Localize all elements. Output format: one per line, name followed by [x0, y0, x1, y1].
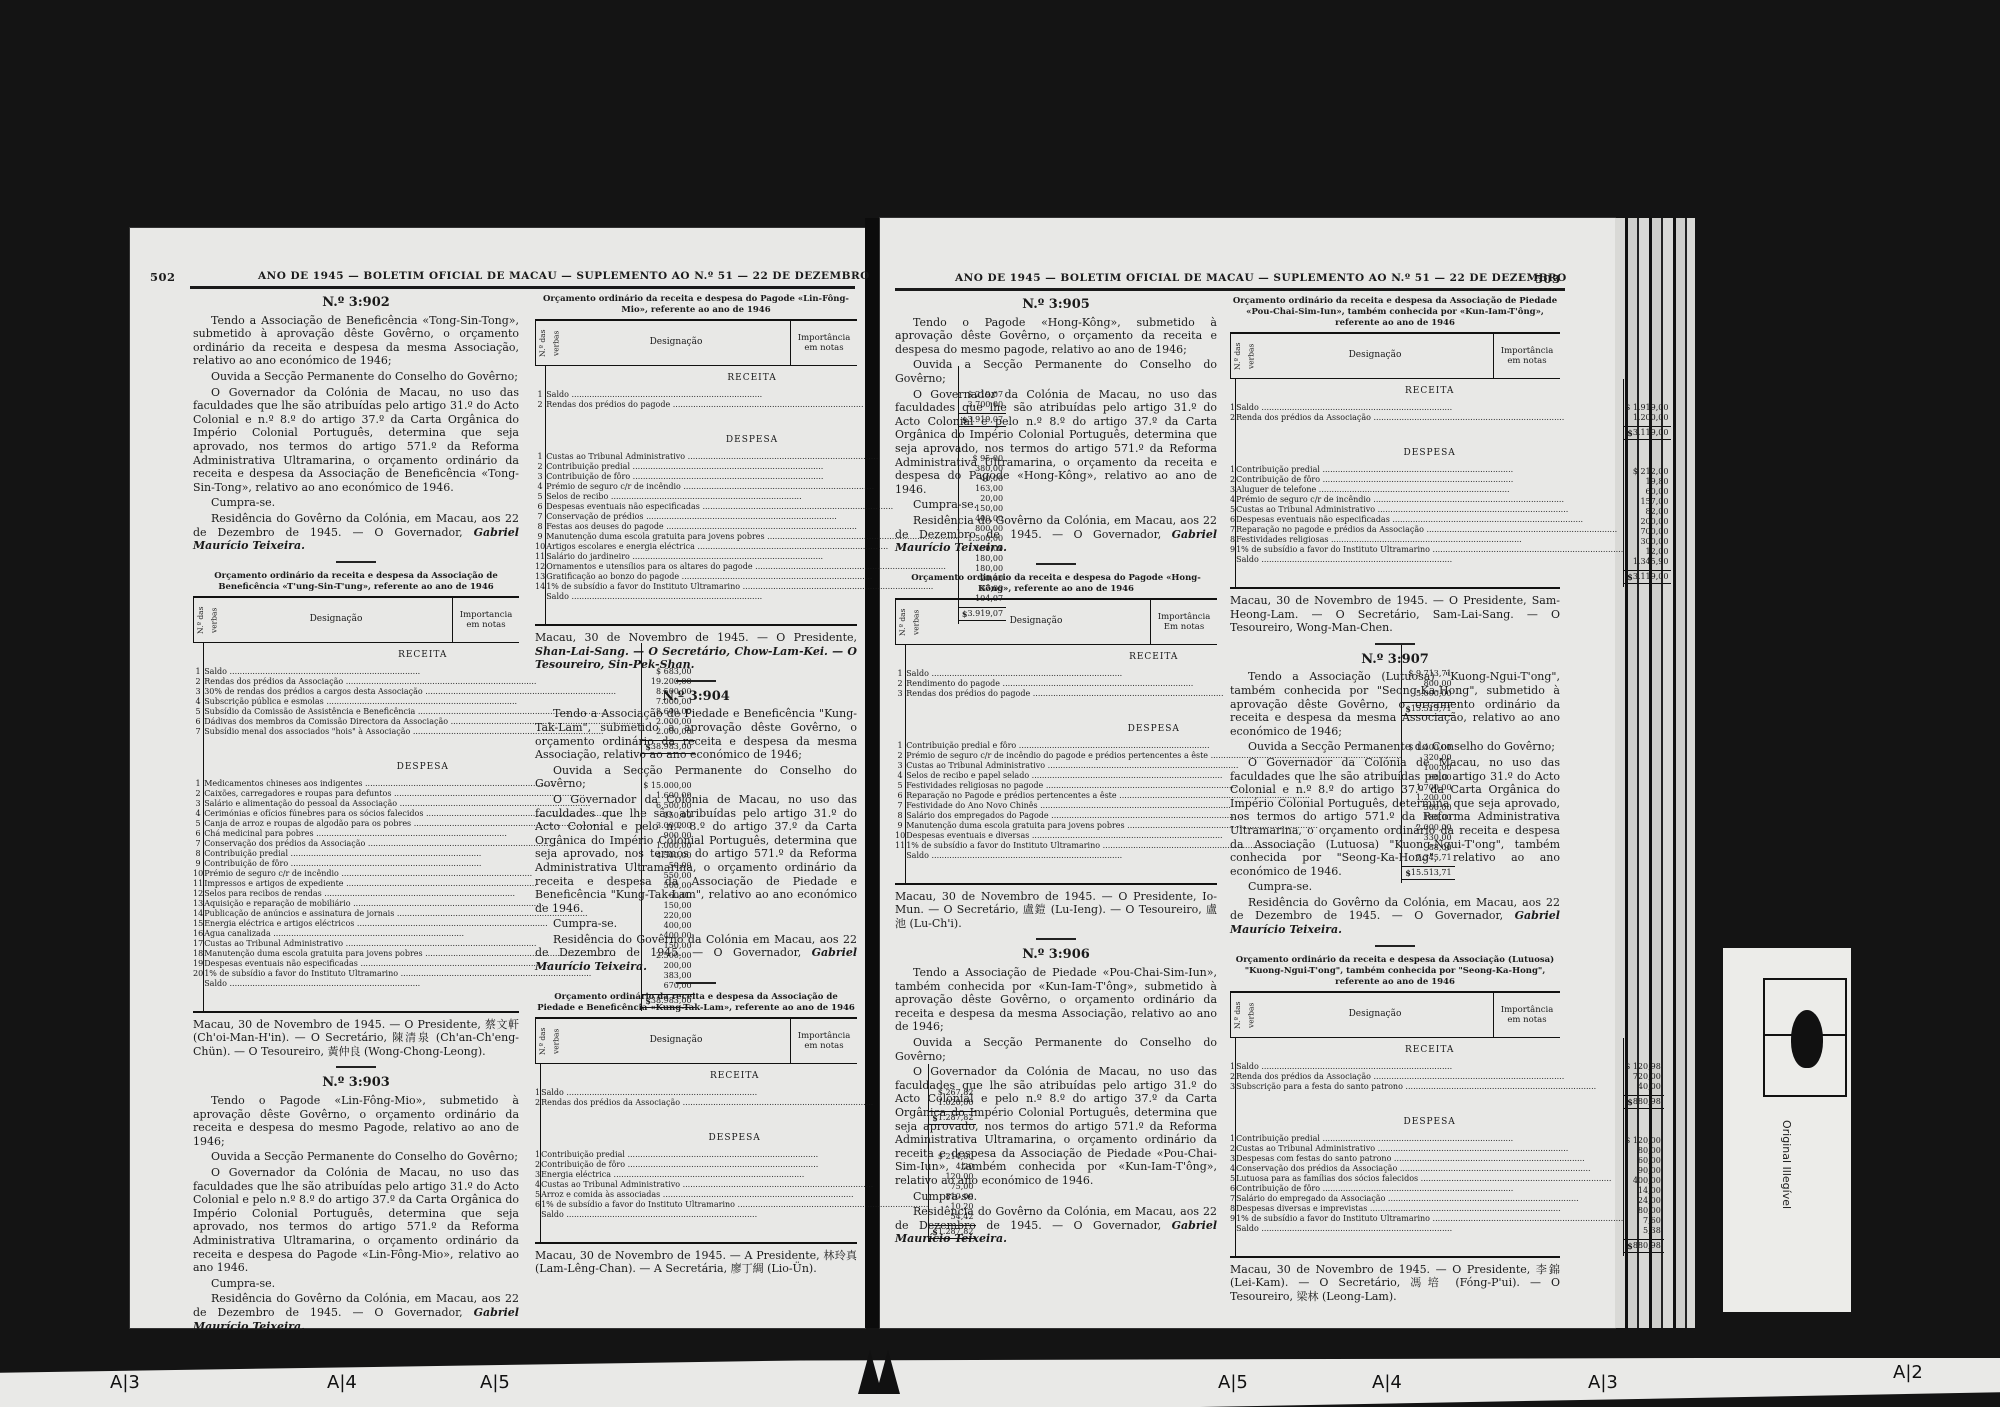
table-footer: Macau, 30 de Novembro de 1945. — O Presi… — [895, 890, 1217, 931]
row-number: 8 — [193, 849, 203, 859]
row-amount: 19,80 — [1624, 477, 1671, 487]
row-designation: Contribuição predial — [1236, 465, 1623, 475]
decree-paragraph: Tendo a Associação de Beneficência «Tong… — [193, 314, 519, 368]
row-number: 2 — [895, 751, 905, 761]
row-amount: 720,00 — [1624, 1072, 1664, 1082]
row-number — [895, 851, 905, 861]
column-header-number: N.º das verbas — [193, 598, 220, 642]
decree-paragraph: Ouvida a Secção Permanente do Conselho d… — [193, 370, 519, 384]
decree-paragraph: Ouvida a Secção Permanente do Conselho d… — [1230, 740, 1560, 754]
row-designation: Lutuosa para as famílias dos sócios fale… — [1236, 1174, 1623, 1184]
right-column-1: N.º 3:905 Tendo o Pagode «Hong-Kông», su… — [895, 294, 1217, 1246]
table-title: Orçamento ordinário da receita e despesa… — [535, 992, 857, 1014]
column-header-number: N.º das verbas — [535, 1019, 562, 1063]
row-designation: Contribuição predial — [1236, 1134, 1623, 1144]
table-footer: Macau, 30 de Novembro de 1945. — O Presi… — [1230, 1263, 1560, 1304]
row-number: 7 — [1230, 525, 1235, 535]
column-header-designation: Designação — [562, 321, 791, 365]
row-number: 12 — [535, 562, 545, 572]
row-designation: Custas ao Tribunal Administrativo — [541, 1180, 928, 1190]
spacer — [535, 428, 545, 452]
row-number: 2 — [535, 1160, 540, 1170]
row-number: 9 — [1230, 545, 1235, 555]
right-page-header: ANO DE 1945 — BOLETIM OFICIAL DE MACAU —… — [955, 272, 1567, 284]
row-number: 7 — [193, 839, 203, 849]
table-body: 12345671234567891011121314151617181920RE… — [193, 643, 519, 1011]
section-label: RECEITA — [541, 1064, 928, 1088]
decree-signature: Residência do Govêrno da Colónia, em Mac… — [895, 514, 1217, 555]
budget-table: N.º das verbasDesignaçãoImportância em n… — [1230, 332, 1560, 589]
section-total: $880,98 — [1624, 1239, 1664, 1253]
spacer — [1230, 1234, 1235, 1252]
row-number: 1 — [895, 741, 905, 751]
row-amount: 82,00 — [1624, 507, 1671, 517]
decree-number: N.º 3:905 — [895, 298, 1217, 312]
table-header: N.º das verbasDesignaçãoImportância em n… — [535, 321, 857, 366]
row-number: 5 — [535, 492, 545, 502]
row-number: 6 — [193, 829, 203, 839]
row-number — [535, 592, 545, 602]
separator — [676, 982, 716, 984]
decree-paragraph: O Governador da Colónia de Macau, no uso… — [193, 386, 519, 495]
row-designation: Contribuição de fôro — [1236, 475, 1623, 485]
number-column: 1231234567891011 — [895, 645, 906, 883]
decree-paragraph: Ouvida a Secção Permanente do Conselho d… — [535, 764, 857, 791]
column-header-designation: Designação — [1257, 993, 1494, 1037]
row-designation: Saldo — [541, 1088, 928, 1098]
left-column-1: N.º 3:902 Tendo a Associação de Beneficê… — [193, 292, 519, 1333]
row-number: 2 — [1230, 1072, 1235, 1082]
row-number: 10 — [895, 831, 905, 841]
separator — [336, 1066, 376, 1068]
row-number: 1 — [1230, 465, 1235, 475]
spacer — [895, 861, 905, 879]
decree-paragraph: Tendo a Associação de Piedade «Pou-Chai-… — [895, 966, 1217, 1034]
spacer — [193, 737, 203, 755]
decree-paragraph: Cumpra-se. — [535, 917, 857, 931]
spacer — [535, 1064, 540, 1088]
spacer — [1230, 441, 1235, 465]
row-number: 20 — [193, 969, 203, 979]
row-number: 7 — [193, 727, 203, 737]
column-header-amount: Importância em notas — [1494, 993, 1560, 1037]
row-designation: Subscrição para a festa do santo patrono — [1236, 1082, 1623, 1092]
spacer — [535, 1126, 540, 1150]
column-header-amount: Importância em notas — [791, 321, 857, 365]
row-number: 3 — [535, 472, 545, 482]
number-column: 12345671234567891011121314151617181920 — [193, 643, 204, 1011]
row-number: 3 — [1230, 485, 1235, 495]
table-body: 12123456RECEITASaldoRendas dos prédios d… — [535, 1064, 857, 1242]
table-title: Orçamento ordinário da receita e despesa… — [1230, 296, 1560, 329]
row-designation: Contribuição predial — [541, 1150, 928, 1160]
row-number: 17 — [193, 939, 203, 949]
row-number: 1 — [1230, 403, 1235, 413]
section-label: DESPESA — [541, 1126, 928, 1150]
film-mark: A|5 — [480, 1372, 510, 1393]
designation-column: RECEITASaldoRenda dos prédios da Associa… — [1236, 1038, 1624, 1256]
row-number: 14 — [535, 582, 545, 592]
row-number: 5 — [535, 1190, 540, 1200]
row-number: 3 — [895, 761, 905, 771]
row-number: 8 — [895, 811, 905, 821]
film-mark: A|3 — [110, 1372, 140, 1393]
torn-page-icon — [1763, 978, 1847, 1097]
row-designation: 1% de subsídio a favor do Instituto Ultr… — [541, 1200, 928, 1210]
row-number: 13 — [193, 899, 203, 909]
decree-paragraph: Cumpra-se. — [1230, 880, 1560, 894]
row-number: 18 — [193, 949, 203, 959]
spacer — [1624, 1112, 1664, 1136]
spacer — [1624, 379, 1671, 403]
table-body: 12123456789RECEITASaldoRenda dos prédios… — [1230, 379, 1560, 587]
decree-paragraph: Ouvida a Secção Permanente do Conselho d… — [193, 1150, 519, 1164]
spacer — [535, 1108, 540, 1126]
row-number: 2 — [193, 789, 203, 799]
row-designation: Energia eléctrica — [541, 1170, 928, 1180]
spacer — [541, 1220, 928, 1238]
table-footer: Macau, 30 de Novembro de 1945. — O Presi… — [1230, 594, 1560, 635]
decree-paragraph: O Governador da Colónia de Macau, no uso… — [535, 793, 857, 915]
decree-signature: Residência do Govêrno da Colónia em Maca… — [535, 933, 857, 974]
row-designation: Custas ao Tribunal Administrativo — [1236, 505, 1623, 515]
row-designation: Reparação no pagode e prédios da Associa… — [1236, 525, 1623, 535]
row-number: 3 — [535, 1170, 540, 1180]
separator — [1036, 938, 1076, 940]
designation-column: RECEITASaldoRenda dos prédios da Associa… — [1236, 379, 1624, 587]
row-designation: 1% de subsídio a favor do Instituto Ultr… — [1236, 545, 1623, 555]
decree-paragraph: O Governador da Colónia de Macau, no uso… — [895, 1065, 1217, 1187]
row-amount: 80,00 — [1624, 1146, 1664, 1156]
left-page-number: 502 — [150, 270, 176, 284]
spacer — [1236, 423, 1623, 441]
row-number: 8 — [1230, 1204, 1235, 1214]
row-number: 6 — [895, 791, 905, 801]
row-number: 4 — [895, 771, 905, 781]
table-header: N.º das verbasDesignaçãoImportância Em n… — [895, 600, 1217, 645]
row-number: 8 — [1230, 535, 1235, 545]
row-number: 3 — [193, 687, 203, 697]
column-header-amount: Importancia em notas — [453, 598, 519, 642]
row-designation: Conservação dos prédios da Associação — [1236, 1164, 1623, 1174]
row-number: 6 — [535, 502, 545, 512]
table-title: Orçamento ordinário da receita e despesa… — [535, 294, 857, 316]
table-body: 1231234567891011RECEITASaldoRendimento d… — [895, 645, 1217, 883]
section-label: DESPESA — [1236, 1110, 1623, 1134]
column-header-number: N.º das verbas — [1230, 993, 1257, 1037]
spacer — [1230, 423, 1235, 441]
row-number: 11 — [193, 879, 203, 889]
decree-paragraph: Tendo a Associação de Piedade e Beneficê… — [535, 707, 857, 761]
row-number: 1 — [535, 452, 545, 462]
row-number: 4 — [193, 697, 203, 707]
film-mark: A|3 — [1588, 1372, 1618, 1393]
amount-column: $ 120,98720,0040,00$880,98$ 120,0080,006… — [1624, 1038, 1664, 1256]
spacer — [1624, 443, 1671, 467]
decree-number: N.º 3:906 — [895, 948, 1217, 962]
row-designation: Renda dos prédios da Associação — [1236, 1072, 1623, 1082]
decree-signature: Residência do Govêrno da Colónia, em Mac… — [193, 1292, 519, 1333]
left-column-2: Orçamento ordinário da receita e despesa… — [535, 290, 857, 1281]
spacer — [1236, 1234, 1623, 1252]
row-designation: Despesas com festas do santo patrono — [1236, 1154, 1623, 1164]
section-total: $3.119,00 — [1624, 426, 1671, 440]
section-total: $880,98 — [1624, 1095, 1664, 1109]
row-number: 15 — [193, 919, 203, 929]
row-number: 13 — [535, 572, 545, 582]
spacer — [895, 645, 905, 669]
film-mark: A|2 — [1893, 1362, 1923, 1383]
row-amount: 300,00 — [1624, 537, 1671, 547]
film-notch — [876, 1350, 900, 1394]
spacer — [541, 1108, 928, 1126]
row-designation: Saldo — [1236, 555, 1623, 565]
decree-paragraph: Ouvida a Secção Permanente do Conselho d… — [895, 358, 1217, 385]
row-amount: 24,00 — [1624, 1196, 1664, 1206]
decree-signature: Residência do Govêrno da Colónia, em Mac… — [1230, 896, 1560, 937]
row-number: 8 — [535, 522, 545, 532]
separator — [1036, 563, 1076, 565]
amount-column: $ 1.919,001.200,00$3.119,00$ 212,0019,80… — [1624, 379, 1671, 587]
row-number: 6 — [1230, 515, 1235, 525]
spacer — [535, 366, 545, 390]
column-header-amount: Importância Em notas — [1151, 600, 1217, 644]
budget-table: N.º das verbasDesignaçãoImportância Em n… — [895, 598, 1217, 885]
decree-paragraph: O Governador da Colónia de Macau, no uso… — [895, 388, 1217, 497]
header-rule — [895, 288, 1565, 291]
row-designation: Despesas eventuais não especificadas — [1236, 515, 1623, 525]
slip-label: Original Illegível — [1780, 1120, 1793, 1209]
row-designation: Saldo — [1236, 1224, 1623, 1234]
row-designation: Salário do empregado da Associação — [1236, 1194, 1623, 1204]
spacer — [1624, 1038, 1664, 1062]
row-amount: 700,00 — [1624, 527, 1671, 537]
decree-number: N.º 3:902 — [193, 296, 519, 310]
film-edge-strip — [0, 1358, 2000, 1407]
row-designation: Aluguer de telefone — [1236, 485, 1623, 495]
spacer — [1230, 1038, 1235, 1062]
separator — [1375, 945, 1415, 947]
row-number: 4 — [535, 1180, 540, 1190]
separator — [336, 561, 376, 563]
decree-paragraph: Tendo o Pagode «Lin-Fông-Mio», submetido… — [193, 1094, 519, 1148]
decree-paragraph: Cumpra-se. — [193, 1277, 519, 1291]
row-designation: Prémio de seguro c/r de incêndio — [1236, 495, 1623, 505]
row-designation: Rendas dos prédios da Associação — [541, 1098, 928, 1108]
row-number — [1230, 555, 1235, 565]
row-amount: 60,00 — [1624, 1156, 1664, 1166]
row-number: 9 — [535, 532, 545, 542]
row-number: 3 — [1230, 1082, 1235, 1092]
spacer — [193, 755, 203, 779]
table-title: Orçamento ordinário da receita e despesa… — [193, 571, 519, 593]
row-amount: 400,00 — [1624, 1176, 1664, 1186]
row-number: 2 — [535, 400, 545, 410]
row-designation: Renda dos prédios da Associação — [1236, 413, 1623, 423]
column-header-amount: Importância em notas — [1494, 334, 1560, 378]
row-number: 7 — [535, 512, 545, 522]
decree-paragraph: O Governador da Colónia de Macau, no uso… — [193, 1166, 519, 1275]
spacer — [535, 602, 545, 620]
row-designation: Festividades religiosas — [1236, 535, 1623, 545]
row-designation: Saldo — [1236, 1062, 1623, 1072]
row-number: 4 — [1230, 495, 1235, 505]
row-number: 6 — [193, 717, 203, 727]
row-number: 16 — [193, 929, 203, 939]
row-number: 4 — [1230, 1164, 1235, 1174]
row-number: 6 — [1230, 1184, 1235, 1194]
row-designation: Contribuição de fôro — [1236, 1184, 1623, 1194]
table-footer: Macau, 30 de Novembro de 1945. — A Presi… — [535, 1249, 857, 1276]
spacer — [535, 410, 545, 428]
column-header-number: N.º das verbas — [895, 600, 922, 644]
column-header-amount: Importância em notas — [791, 1019, 857, 1063]
row-amount: 200,00 — [1624, 517, 1671, 527]
row-number: 5 — [193, 819, 203, 829]
row-amount: 90,00 — [1624, 1166, 1664, 1176]
row-designation: Arroz e comida às associadas — [541, 1190, 928, 1200]
decree-paragraph: Cumpra-se. — [895, 1190, 1217, 1204]
column-header-number: N.º das verbas — [535, 321, 562, 365]
row-number: 9 — [1230, 1214, 1235, 1224]
decree-paragraph: Ouvida a Secção Permanente do Conselho d… — [895, 1036, 1217, 1063]
decree-paragraph: Tendo a Associação (Lutuosa) "Kuong-Ngui… — [1230, 670, 1560, 738]
row-number: 1 — [193, 667, 203, 677]
row-number: 1 — [535, 390, 545, 400]
row-number: 4 — [193, 809, 203, 819]
row-amount: 60,00 — [1624, 487, 1671, 497]
table-body: 121234567891011121314RECEITASaldoRendas … — [535, 366, 857, 624]
row-number: 14 — [193, 909, 203, 919]
row-amount: $ 120,00 — [1624, 1136, 1664, 1146]
row-number: 9 — [193, 859, 203, 869]
decree-number: N.º 3:907 — [1230, 653, 1560, 667]
table-title: Orçamento ordinário da receita e despesa… — [895, 573, 1217, 595]
budget-table: N.º das verbasDesignaçãoImportância em n… — [535, 319, 857, 626]
row-number: 4 — [535, 482, 545, 492]
row-number — [535, 1210, 540, 1220]
section-label: DESPESA — [1236, 441, 1623, 465]
table-body: 123123456789RECEITASaldoRenda dos prédio… — [1230, 1038, 1560, 1256]
row-number: 5 — [193, 707, 203, 717]
row-number: 3 — [895, 689, 905, 699]
decree-number: N.º 3:904 — [535, 690, 857, 704]
row-amount: 1.200,00 — [1624, 413, 1671, 423]
row-number: 1 — [193, 779, 203, 789]
row-number: 5 — [1230, 1174, 1235, 1184]
table-header: N.º das verbasDesignaçãoImportância em n… — [1230, 993, 1560, 1038]
spacer — [193, 989, 203, 1007]
right-column-2: Orçamento ordinário da receita e despesa… — [1230, 292, 1560, 1308]
row-designation: Saldo — [1236, 403, 1623, 413]
row-number: 3 — [193, 799, 203, 809]
spacer — [895, 699, 905, 717]
row-number: 11 — [895, 841, 905, 851]
table-footer: Macau, 30 de Novembro de 1945. — O Presi… — [535, 631, 857, 672]
row-number: 2 — [895, 679, 905, 689]
row-amount: $ 120,98 — [1624, 1062, 1664, 1072]
column-header-designation: Designação — [562, 1019, 791, 1063]
table-title: Orçamento ordinário da receita e despesa… — [1230, 955, 1560, 988]
row-number: 2 — [1230, 413, 1235, 423]
row-number — [193, 979, 203, 989]
row-amount: 14,00 — [1624, 1186, 1664, 1196]
section-label: RECEITA — [1236, 1038, 1623, 1062]
row-designation: Contribuição de fôro — [541, 1160, 928, 1170]
column-header-designation: Designação — [922, 600, 1151, 644]
column-header-number: N.º das verbas — [1230, 334, 1257, 378]
row-number: 10 — [535, 542, 545, 552]
designation-column: RECEITASaldoRendas dos prédios da Associ… — [541, 1064, 929, 1242]
row-amount: 7,60 — [1624, 1216, 1664, 1226]
illegible-original-slip: Original Illegível — [1723, 948, 1851, 1312]
row-amount: $ 1.919,00 — [1624, 403, 1671, 413]
spacer — [1230, 1092, 1235, 1110]
row-number — [1230, 1224, 1235, 1234]
row-number: 19 — [193, 959, 203, 969]
film-mark: A|4 — [1372, 1372, 1402, 1393]
left-page-header: ANO DE 1945 — BOLETIM OFICIAL DE MACAU —… — [258, 270, 870, 282]
row-number: 1 — [1230, 1062, 1235, 1072]
row-amount: $ 212,00 — [1624, 467, 1671, 477]
row-number: 6 — [535, 1200, 540, 1210]
row-amount: 40,00 — [1624, 1082, 1664, 1092]
right-page-number: 503 — [1535, 272, 1561, 286]
spacer — [895, 717, 905, 741]
row-number: 2 — [193, 677, 203, 687]
budget-table: N.º das verbasDesignaçãoImportancia em n… — [193, 596, 519, 1013]
row-number: 2 — [1230, 475, 1235, 485]
spacer — [1236, 1092, 1623, 1110]
row-number: 1 — [535, 1150, 540, 1160]
spacer — [1230, 565, 1235, 583]
header-rule — [190, 286, 855, 289]
decree-paragraph: Tendo o Pagode «Hong-Kông», submetido à … — [895, 316, 1217, 357]
row-number: 10 — [193, 869, 203, 879]
row-number: 2 — [1230, 1144, 1235, 1154]
film-mark: A|4 — [327, 1372, 357, 1393]
row-amount: 80,00 — [1624, 1206, 1664, 1216]
decree-paragraph: Cumpra-se. — [193, 496, 519, 510]
row-number: 9 — [895, 821, 905, 831]
decree-signature: Residência do Govêrno da Colónia, em Mac… — [895, 1205, 1217, 1246]
column-header-designation: Designação — [220, 598, 453, 642]
row-number: 1 — [1230, 1134, 1235, 1144]
row-number: 3 — [1230, 1154, 1235, 1164]
row-amount: 1.345,90 — [1624, 557, 1671, 567]
row-number: 7 — [1230, 1194, 1235, 1204]
row-number: 12 — [193, 889, 203, 899]
row-number: 2 — [535, 462, 545, 472]
spacer — [535, 1220, 540, 1238]
table-header: N.º das verbasDesignaçãoImportância em n… — [1230, 334, 1560, 379]
row-number: 5 — [895, 781, 905, 791]
spacer — [193, 643, 203, 667]
spacer — [1230, 1110, 1235, 1134]
row-designation: Saldo — [541, 1210, 928, 1220]
decree-number: N.º 3:903 — [193, 1076, 519, 1090]
budget-table: N.º das verbasDesignaçãoImportância em n… — [535, 1017, 857, 1244]
separator — [676, 680, 716, 682]
row-number: 1 — [535, 1088, 540, 1098]
table-footer: Macau, 30 de Novembro de 1945. — O Presi… — [193, 1018, 519, 1059]
section-label: RECEITA — [1236, 379, 1623, 403]
row-designation: Despesas diversas e imprevistas — [1236, 1204, 1623, 1214]
spacer — [1236, 565, 1623, 583]
row-number: 7 — [895, 801, 905, 811]
decree-signature: Residência do Govêrno da Colónia, em Mac… — [193, 512, 519, 553]
row-designation: 1% de subsídio a favor do Instituto Ultr… — [1236, 1214, 1623, 1224]
